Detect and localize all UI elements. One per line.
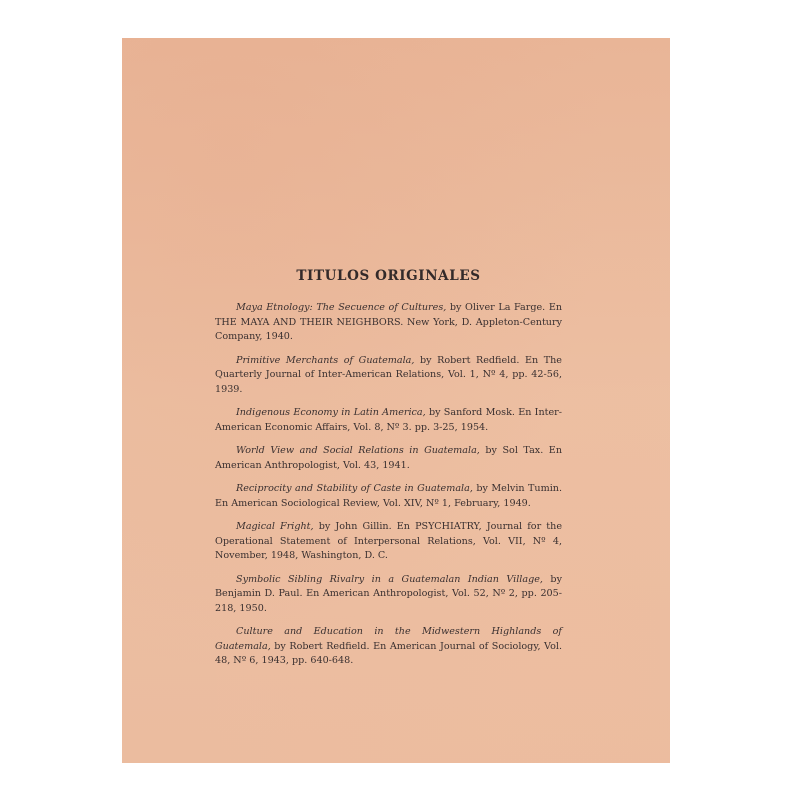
page-title: TITULOS ORIGINALES <box>215 268 562 284</box>
page-content: TITULOS ORIGINALES Maya Etnology: The Se… <box>215 268 562 678</box>
entry-title: Maya Etnology: The Secuence of Cultures, <box>236 302 446 313</box>
bibliography-entry: Indigenous Economy in Latin America, by … <box>215 406 562 435</box>
entry-title: Symbolic Sibling Rivalry in a Guatemalan… <box>236 574 543 585</box>
entry-title: Reciprocity and Stability of Caste in Gu… <box>236 483 473 494</box>
bibliography-entry: Maya Etnology: The Secuence of Cultures,… <box>215 301 562 345</box>
entry-title: Magical Fright, <box>236 521 314 532</box>
entry-title: Indigenous Economy in Latin America, <box>236 407 426 418</box>
bibliography-entry: World View and Social Relations in Guate… <box>215 444 562 473</box>
bibliography-entry: Reciprocity and Stability of Caste in Gu… <box>215 482 562 511</box>
entry-title: Primitive Merchants of Guatemala, <box>236 355 414 366</box>
bibliography-entry: Culture and Education in the Midwestern … <box>215 625 562 669</box>
bibliography-entry: Symbolic Sibling Rivalry in a Guatemalan… <box>215 573 562 617</box>
bibliography-entry: Magical Fright, by John Gillin. En PSYCH… <box>215 520 562 564</box>
entry-title: World View and Social Relations in Guate… <box>236 445 480 456</box>
bibliography-entry: Primitive Merchants of Guatemala, by Rob… <box>215 354 562 398</box>
book-page: TITULOS ORIGINALES Maya Etnology: The Se… <box>122 38 670 763</box>
